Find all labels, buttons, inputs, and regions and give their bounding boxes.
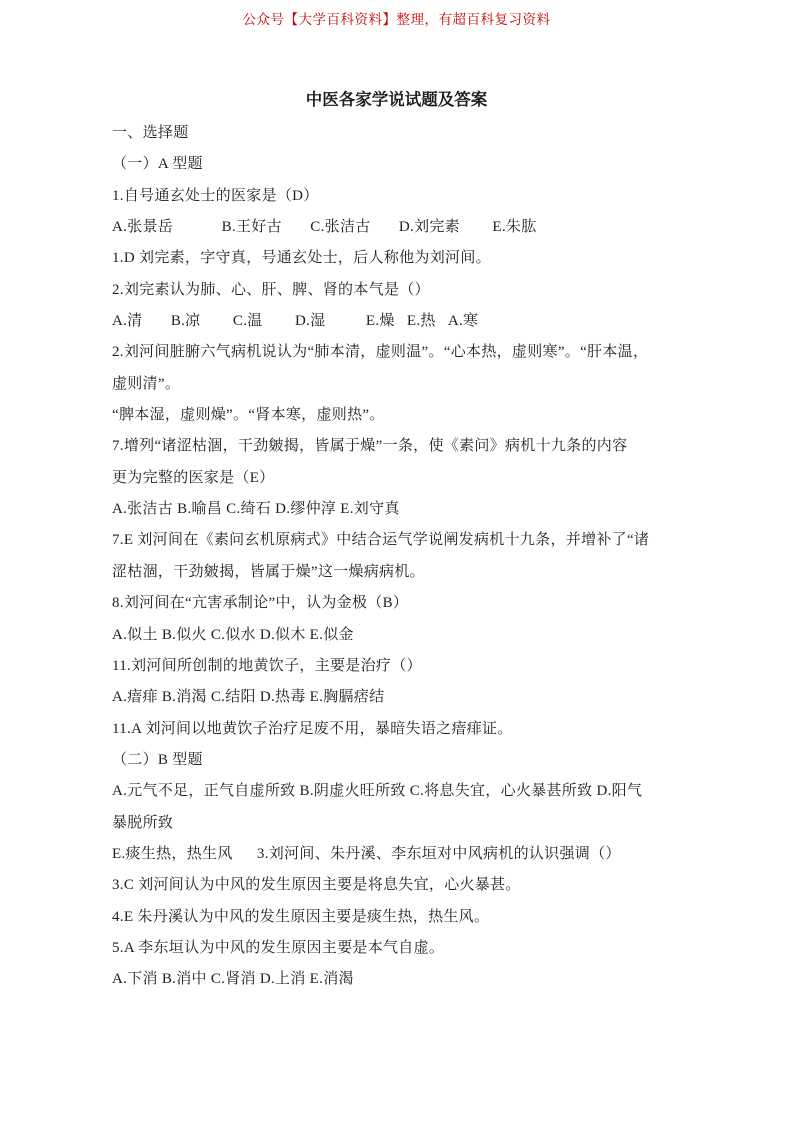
document-body: 一、选择题 （一）A 型题 1.自号通玄处士的医家是（D） A.张景岳 B.王好…: [112, 118, 712, 996]
text-line: 暴脱所致: [112, 808, 712, 839]
header-note: 公众号【大学百科资料】整理，有超百科复习资料: [0, 8, 793, 28]
text-line: 1.D 刘完素，字守真，号通玄处士，后人称他为刘河间。: [112, 243, 712, 274]
text-line: 4.E 朱丹溪认为中风的发生原因主要是痰生热，热生风。: [112, 902, 712, 933]
text-line: （二）B 型题: [112, 745, 712, 776]
document-page: 公众号【大学百科资料】整理，有超百科复习资料 中医各家学说试题及答案 一、选择题…: [0, 0, 793, 1122]
text-line: 涩枯涸，干劲皴揭，皆属于燥”这一燥病病机。: [112, 557, 712, 588]
text-line: 虚则清”。: [112, 369, 712, 400]
text-line: 5.A 李东垣认为中风的发生原因主要是本气自虚。: [112, 933, 712, 964]
text-line: A.张洁古 B.喻昌 C.绮石 D.缪仲淳 E.刘守真: [112, 494, 712, 525]
text-line: 11.A 刘河间以地黄饮子治疗足废不用，暴暗失语之瘖痱证。: [112, 714, 712, 745]
text-line: A.张景岳 B.王好古 C.张洁古 D.刘完素 E.朱肱: [112, 212, 712, 243]
text-line: 3.C 刘河间认为中风的发生原因主要是将息失宜，心火暴甚。: [112, 870, 712, 901]
text-line: A.下消 B.消中 C.肾消 D.上消 E.消渴: [112, 964, 712, 995]
text-line: 8.刘河间在“亢害承制论”中，认为金极（B）: [112, 588, 712, 619]
page-title: 中医各家学说试题及答案: [0, 86, 793, 110]
text-line: A.似土 B.似火 C.似水 D.似木 E.似金: [112, 620, 712, 651]
text-line: 2.刘完素认为肺、心、肝、脾、肾的本气是（）: [112, 275, 712, 306]
text-line: 7.E 刘河间在《素问玄机原病式》中结合运气学说阐发病机十九条，并增补了“诸: [112, 525, 712, 556]
text-line: （一）A 型题: [112, 149, 712, 180]
text-line: 1.自号通玄处士的医家是（D）: [112, 181, 712, 212]
text-line: A.瘖痱 B.消渴 C.结阳 D.热毒 E.胸膈痞结: [112, 682, 712, 713]
text-line: 一、选择题: [112, 118, 712, 149]
text-line: 7.增列“诸涩枯涸，干劲皴揭，皆属于燥”一条，使《素问》病机十九条的内容: [112, 431, 712, 462]
text-line: A.清 B.凉 C.温 D.湿 E.燥 E.热 A.寒: [112, 306, 712, 337]
text-line: “脾本湿，虚则燥”。“肾本寒，虚则热”。: [112, 400, 712, 431]
text-line: 2.刘河间脏腑六气病机说认为“肺本清，虚则温”。“心本热，虚则寒”。“肝本温，: [112, 337, 712, 368]
text-line: A.元气不足，正气自虚所致 B.阴虚火旺所致 C.将息失宜，心火暴甚所致 D.阳…: [112, 776, 712, 807]
text-line: E.痰生热，热生风 3.刘河间、朱丹溪、李东垣对中风病机的认识强调（）: [112, 839, 712, 870]
text-line: 更为完整的医家是（E）: [112, 463, 712, 494]
text-line: 11.刘河间所创制的地黄饮子，主要是治疗（）: [112, 651, 712, 682]
